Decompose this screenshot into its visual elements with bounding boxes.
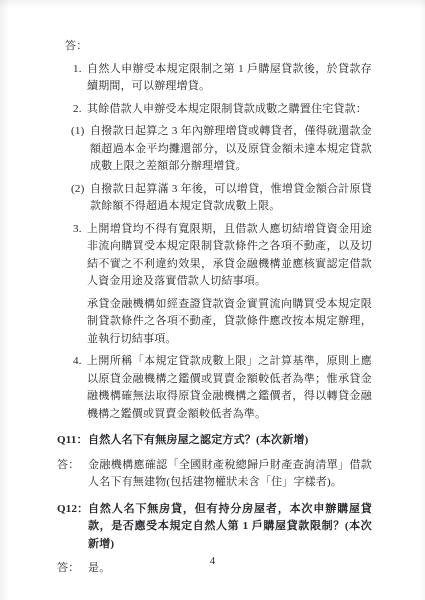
list-item-1: 1. 自然人申辦受本規定限制之第 1 戶購屋貸款後，於貸款存續期間，可以辦理增貸… [65,61,372,96]
list-item-1-number: 1. [73,61,82,79]
list-item-4: 4. 上開所稱「本規定貸款成數上限」之計算基準，原則上應以原貸金融機構之鑑價或買… [65,353,372,423]
sub-item-2: (2) 自撥款日起算滿 3 年後，可以增貸，惟增貸金額合計原貸款餘額不得超過本規… [65,181,372,216]
list-item-2-text: 其餘借款人申辦受本規定限制貸款成數之購置住宅貸款： [87,103,367,115]
question-q12-text: 自然人名下無房貸，但有持分房屋者，本次申辦購屋貸款，是否應受本規定自然人第 1 … [88,503,372,550]
answer-q11-text: 金融機構應確認「全國財產稅總歸戶財產查詢清單」借款人名下有無建物(包括建物權狀未… [88,459,372,489]
sub-list: (1) 自撥款日起算之 3 年內辦理增貸或轉貸者，僅得就還款金額超過本金平均攤還… [65,123,372,216]
sub-item-2-text: 自撥款日起算滿 3 年後，可以增貸，惟增貸金額合計原貸款餘額不得超過本規定貸款成… [90,183,372,213]
list-item-3-text: 上開增貸均不得有寬限期，且借款人應切結增貸資金用途非流向購買受本規定限制貸款條件… [87,223,372,288]
page-number: 4 [0,556,425,567]
answer-q11-label: 答： [57,457,79,475]
answer-q11: 答： 金融機構應確認「全國財產稅總歸戶財產查詢清單」借款人名下有無建物(包括建物… [65,457,372,492]
question-q12: Q12： 自然人名下無房貸，但有持分房屋者，本次申辦購屋貸款，是否應受本規定自然… [65,501,372,554]
question-q11-label: Q11： [57,432,88,450]
list-item-4-text: 上開所稱「本規定貸款成數上限」之計算基準，原則上應以原貸金融機構之鑑價或買賣金額… [87,355,372,420]
question-q11: Q11： 自然人名下有無房屋之認定方式？(本次新增) [65,432,372,450]
list-item-1-text: 自然人申辦受本規定限制之第 1 戶購屋貸款後，於貸款存續期間，可以辦理增貸。 [87,63,372,93]
answer-intro-label: 答： [65,38,372,56]
list-item-4-number: 4. [73,353,82,371]
sub-item-1: (1) 自撥款日起算之 3 年內辦理增貸或轉貸者，僅得就還款金額超過本金平均攤還… [65,123,372,176]
document-page: 答： 1. 自然人申辦受本規定限制之第 1 戶購屋貸款後，於貸款存續期間，可以辦… [0,0,425,600]
list-item-3-number: 3. [73,221,82,239]
question-q11-text: 自然人名下有無房屋之認定方式？(本次新增) [88,434,309,446]
sub-item-1-number: (1) [71,123,84,141]
sub-item-1-text: 自撥款日起算之 3 年內辦理增貸或轉貸者，僅得就還款金額超過本金平均攤還部分，以… [90,125,372,172]
sub-item-2-number: (2) [71,181,84,199]
list-item-3-continuation: 承貸金融機構如經查證貸款資金實質流向購買受本規定限制貸款條件之各項不動產，貸款條… [87,296,372,349]
list-item-2-number: 2. [73,101,82,119]
document-content: 答： 1. 自然人申辦受本規定限制之第 1 戶購屋貸款後，於貸款存續期間，可以辦… [65,38,372,578]
list-item-3: 3. 上開增貸均不得有寬限期，且借款人應切結增貸資金用途非流向購買受本規定限制貸… [65,221,372,349]
question-q12-label: Q12： [57,501,88,519]
list-item-2: 2. 其餘借款人申辦受本規定限制貸款成數之購置住宅貸款： [65,101,372,119]
